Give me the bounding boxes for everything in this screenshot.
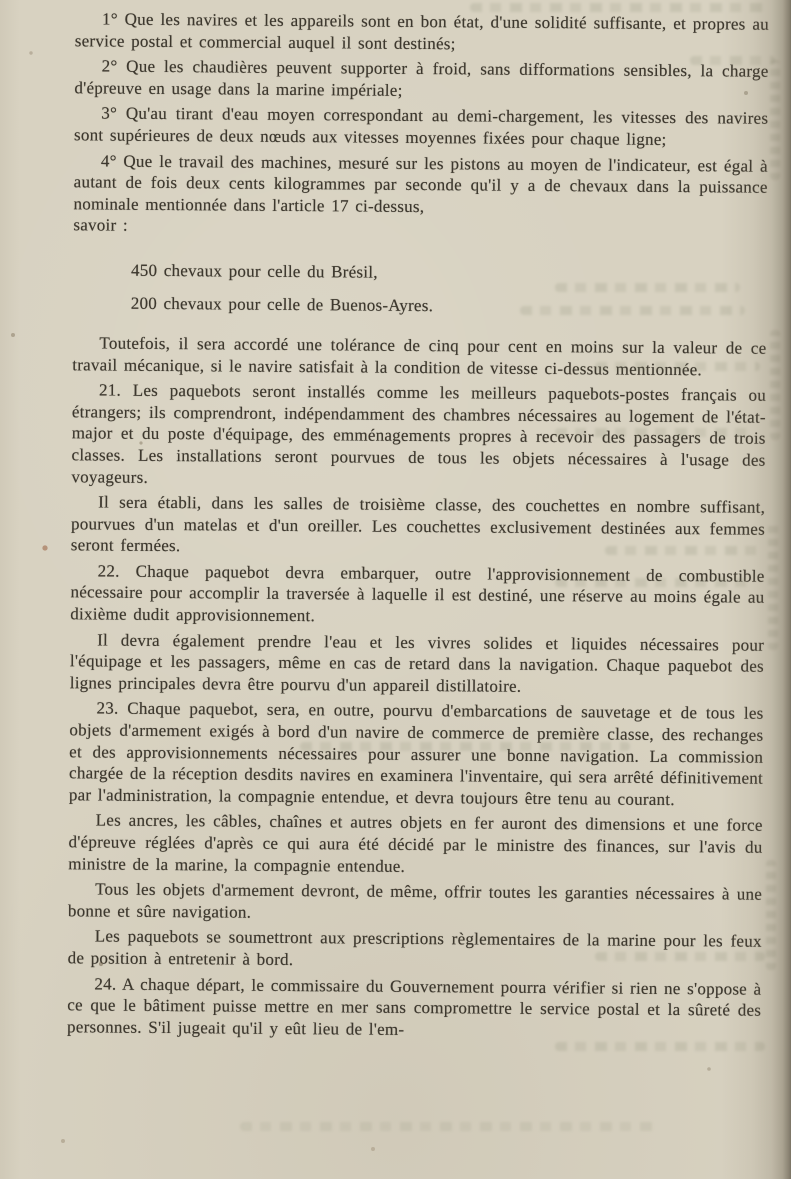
bleedthrough-line: [240, 1122, 660, 1131]
article-23-armement: 23. Chaque paquebot, sera, en outre, pou…: [69, 698, 764, 811]
paper-specks: [0, 0, 2, 2]
bleedthrough-margin-marks: [768, 520, 778, 650]
savoir-line: savoir :: [73, 215, 767, 242]
horsepower-buenos-ayres: 200 chevaux pour celle de Buenos-Ayres.: [131, 287, 767, 325]
bleedthrough-margin-marks: [770, 330, 780, 440]
clause-2: 2° Que les chaudières peuvent supporter …: [74, 55, 768, 104]
bleedthrough-line: [470, 3, 765, 12]
article-24-depart: 24. A chaque départ, le commissaire du G…: [67, 973, 761, 1043]
page-text: 1° Que les navires et les appareils sont…: [67, 8, 769, 1047]
horsepower-list: 450 chevaux pour celle du Brésil, 200 ch…: [73, 253, 767, 324]
article-23-ancres: Les ancres, les câbles, chaînes et autre…: [68, 810, 762, 880]
article-21-installations: 21. Les paquebots seront installés comme…: [71, 379, 766, 492]
clause-1: 1° Que les navires et les appareils sont…: [75, 8, 769, 57]
article-21-couchettes: Il sera établi, dans les salles de trois…: [71, 491, 765, 561]
scanned-page: 1° Que les navires et les appareils sont…: [0, 0, 791, 1179]
article-22-combustible: 22. Chaque paquebot devra embarquer, out…: [70, 560, 764, 630]
clause-4: 4° Que le travail des machines, mesuré s…: [73, 150, 767, 220]
article-23-garanties: Tous les objets d'armement devront, de m…: [68, 878, 762, 927]
horsepower-bresil: 450 chevaux pour celle du Brésil,: [131, 254, 767, 292]
article-22-vivres: Il devra également prendre l'eau et les …: [70, 629, 764, 699]
clause-3: 3° Qu'au tirant d'eau moyen correspondan…: [74, 103, 768, 152]
bleedthrough-margin-marks: [770, 60, 780, 180]
article-23-feux-position: Les paquebots se soumettront aux prescri…: [68, 926, 762, 975]
bleedthrough-margin-marks: [766, 860, 776, 970]
tolerance-note: Toutefois, il sera accordé une tolérance…: [72, 332, 766, 381]
